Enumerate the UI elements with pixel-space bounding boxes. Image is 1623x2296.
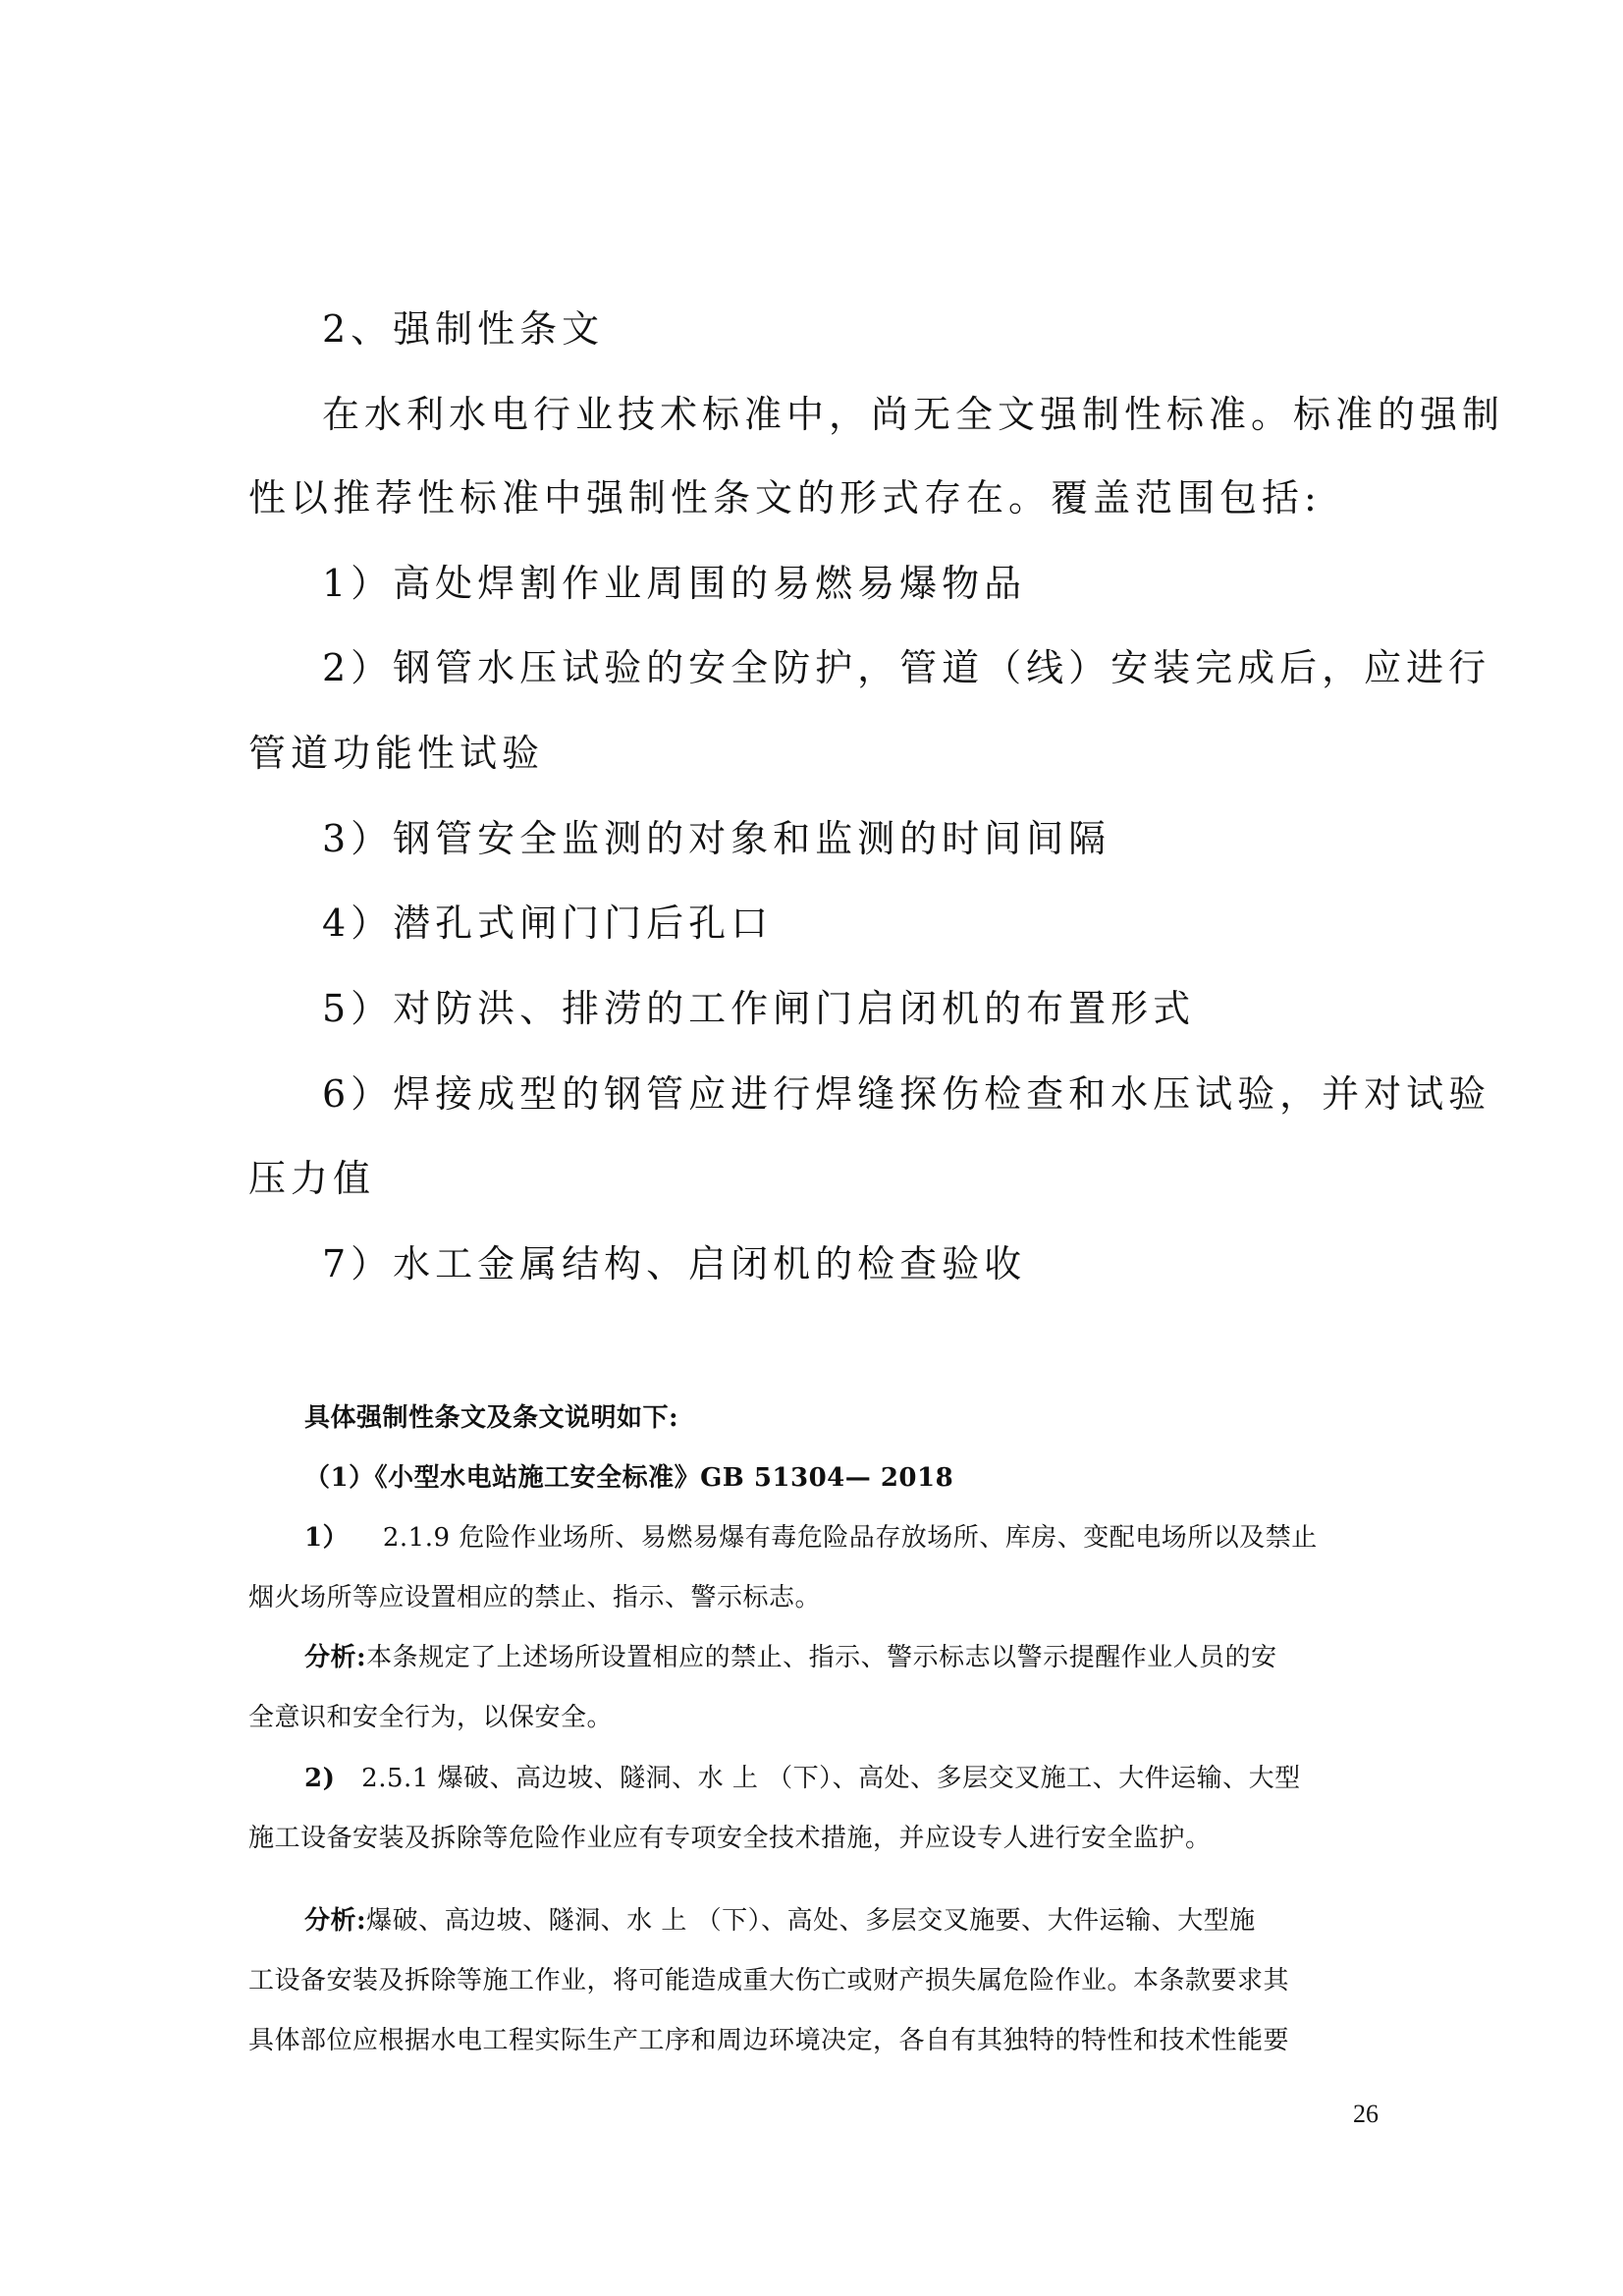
clause-number: 2) xyxy=(304,1764,335,1793)
analysis-line: 分析:爆破、高边坡、隧洞、水 上 （下）、高处、多层交叉施要、大件运输、大型施 xyxy=(304,1905,1434,1937)
coverage-item: 3）钢管安全监测的对象和监测的时间间隔 xyxy=(322,817,1451,860)
analysis-continuation: 工设备安装及拆除等施工作业，将可能造成重大伤亡或财产损失属危险作业。本条款要求其 xyxy=(248,1965,1378,1996)
coverage-item: 6）焊接成型的钢管应进行焊缝探伤检查和水压试验，并对试验 xyxy=(322,1072,1451,1116)
section-heading: 2、强制性条文 xyxy=(322,307,1451,351)
coverage-item: 2）钢管水压试验的安全防护，管道（线）安装完成后，应进行 xyxy=(322,646,1451,689)
details-title: 具体强制性条文及条文说明如下: xyxy=(304,1402,1434,1434)
analysis-continuation: 具体部位应根据水电工程实际生产工序和周边环境决定，各自有其独特的特性和技术性能要 xyxy=(248,2025,1378,2056)
standard-title: （1）《小型水电站施工安全标准》GB 51304— 2018 xyxy=(304,1462,1434,1494)
analysis-continuation: 全意识和安全行为，以保安全。 xyxy=(248,1702,1378,1733)
clause-line: 1） 2.1.9 危险作业场所、易燃易爆有毒危险品存放场所、库房、变配电场所以及… xyxy=(304,1522,1434,1554)
intro-paragraph-line: 性以推荐性标准中强制性条文的形式存在。覆盖范围包括: xyxy=(248,476,1378,519)
coverage-item: 7）水工金属结构、启闭机的检查验收 xyxy=(322,1242,1451,1285)
analysis-label: 分析: xyxy=(304,1906,366,1936)
page-number: 26 xyxy=(1353,2100,1379,2129)
coverage-item-continuation: 压力值 xyxy=(248,1157,1378,1200)
analysis-line: 分析:本条规定了上述场所设置相应的禁止、指示、警示标志以警示提醒作业人员的安 xyxy=(304,1642,1434,1673)
clause-text: 2.1.9 危险作业场所、易燃易爆有毒危险品存放场所、库房、变配电场所以及禁止 xyxy=(383,1523,1318,1553)
document-page: 2、强制性条文 在水利水电行业技术标准中，尚无全文强制性标准。标准的强制 性以推… xyxy=(0,0,1623,2296)
clause-number: 1） xyxy=(304,1523,349,1553)
intro-paragraph-line: 在水利水电行业技术标准中，尚无全文强制性标准。标准的强制 xyxy=(322,393,1451,436)
clause-line: 2) 2.5.1 爆破、高边坡、隧洞、水 上 （下）、高处、多层交叉施工、大件运… xyxy=(304,1763,1434,1794)
clause-text-continuation: 施工设备安装及拆除等危险作业应有专项安全技术措施，并应设专人进行安全监护。 xyxy=(248,1823,1378,1854)
clause-text: 2.5.1 爆破、高边坡、隧洞、水 上 （下）、高处、多层交叉施工、大件运输、大… xyxy=(361,1764,1300,1793)
coverage-item: 1）高处焊割作业周围的易燃易爆物品 xyxy=(322,562,1451,605)
coverage-item: 4）潜孔式闸门门后孔口 xyxy=(322,902,1451,945)
analysis-text: 爆破、高边坡、隧洞、水 上 （下）、高处、多层交叉施要、大件运输、大型施 xyxy=(366,1906,1256,1936)
coverage-item-continuation: 管道功能性试验 xyxy=(248,732,1378,775)
analysis-text: 本条规定了上述场所设置相应的禁止、指示、警示标志以警示提醒作业人员的安 xyxy=(366,1643,1277,1672)
coverage-item: 5）对防洪、排涝的工作闸门启闭机的布置形式 xyxy=(322,987,1451,1030)
clause-text-continuation: 烟火场所等应设置相应的禁止、指示、警示标志。 xyxy=(248,1582,1378,1613)
analysis-label: 分析: xyxy=(304,1643,366,1672)
